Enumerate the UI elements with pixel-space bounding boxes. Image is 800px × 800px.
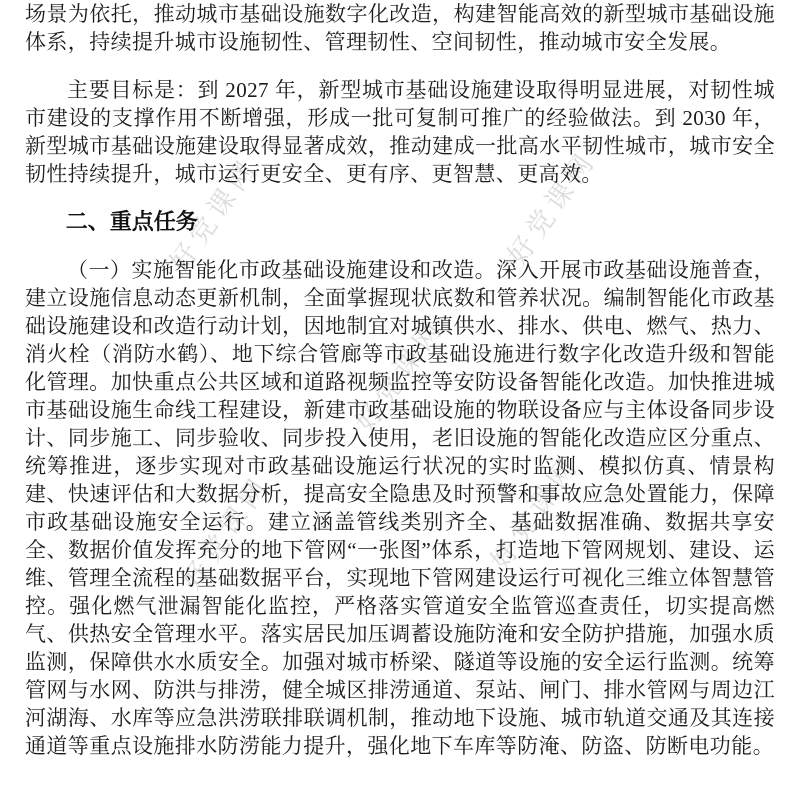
section-heading-key-tasks: 二、重点任务 (25, 208, 775, 236)
paragraph-continuation: 场景为依托，推动城市基础设施数字化改造，构建智能高效的新型城市基础设施体系，持续… (25, 0, 775, 56)
document-content: 场景为依托，推动城市基础设施数字化改造，构建智能高效的新型城市基础设施体系，持续… (25, 0, 775, 780)
paragraph-task-one: （一）实施智能化市政基础设施建设和改造。深入开展市政基础设施普查，建立设施信息动… (25, 256, 775, 760)
paragraph-main-goals: 主要目标是：到 2027 年，新型城市基础设施建设取得明显进展，对韧性城市建设的… (25, 76, 775, 188)
document-page: 好党课网好党课网好党课网好党课网好党课网 场景为依托，推动城市基础设施数字化改造… (0, 0, 800, 800)
